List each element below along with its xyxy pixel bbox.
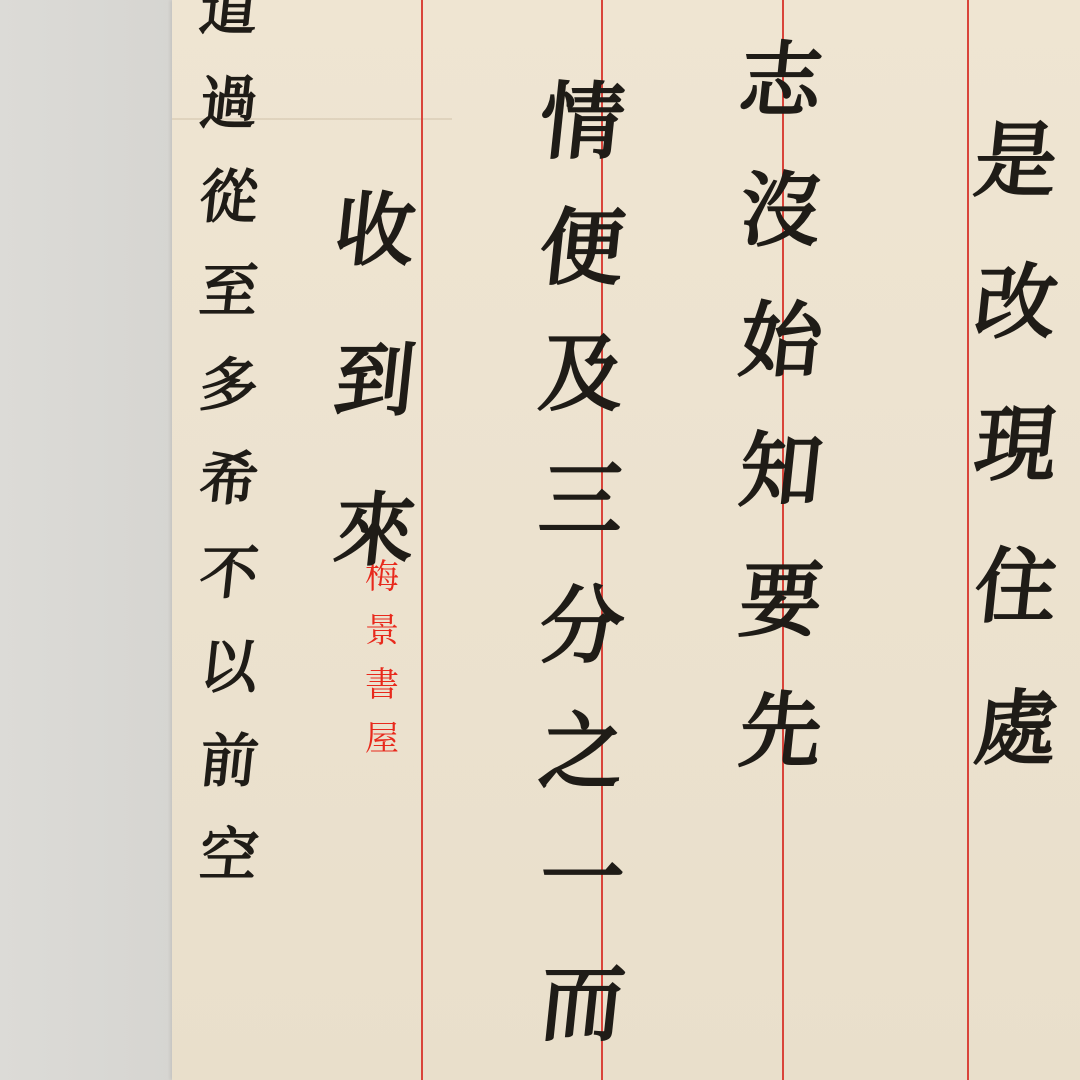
calligraphy-column: 是 改 現 住 處 <box>975 120 1057 770</box>
imprint-char: 景 <box>365 614 399 648</box>
imprint-char: 屋 <box>365 722 399 756</box>
red-rule-line <box>421 0 423 1080</box>
background-wall <box>0 0 175 1080</box>
stationery-imprint: 梅 景 書 屋 <box>358 560 406 756</box>
imprint-char: 書 <box>365 668 399 702</box>
letter-paper <box>172 0 1080 1080</box>
calligraphy-column: 收 到 來 <box>335 190 415 570</box>
calligraphy-column: 情 便 及 三 分 之 一 而 <box>540 80 624 1046</box>
red-rule-line <box>967 0 969 1080</box>
calligraphy-column: 道 過 從 至 多 希 不 以 前 空 <box>200 0 258 884</box>
calligraphy-column: 志 沒 始 知 要 先 <box>740 40 822 772</box>
